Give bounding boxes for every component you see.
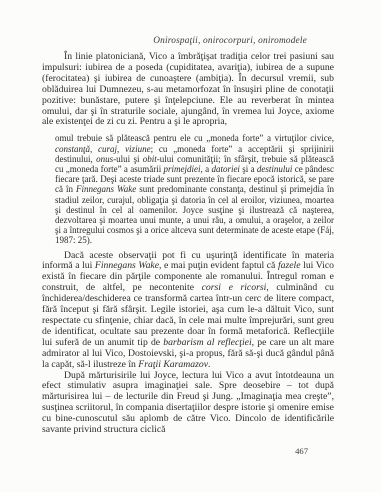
text-block: În linie platoniciană, Vico a îmbrăţişat… <box>42 52 334 436</box>
paragraph-3: După mărturisirile lui Joyce, lectura lu… <box>42 371 334 436</box>
paragraph-1: În linie platoniciană, Vico a îmbrăţişat… <box>42 52 334 128</box>
running-head: Onirospaţii, onirocorpuri, oniromodele <box>153 36 307 46</box>
page-number: 467 <box>295 446 308 456</box>
book-page: Onirospaţii, onirocorpuri, oniromodele Î… <box>0 0 381 492</box>
paragraph-2: Dacă aceste observaţii pot fi cu uşurinţ… <box>42 251 334 371</box>
block-quote: omul trebuie să plătească pentru ele cu … <box>55 133 334 245</box>
